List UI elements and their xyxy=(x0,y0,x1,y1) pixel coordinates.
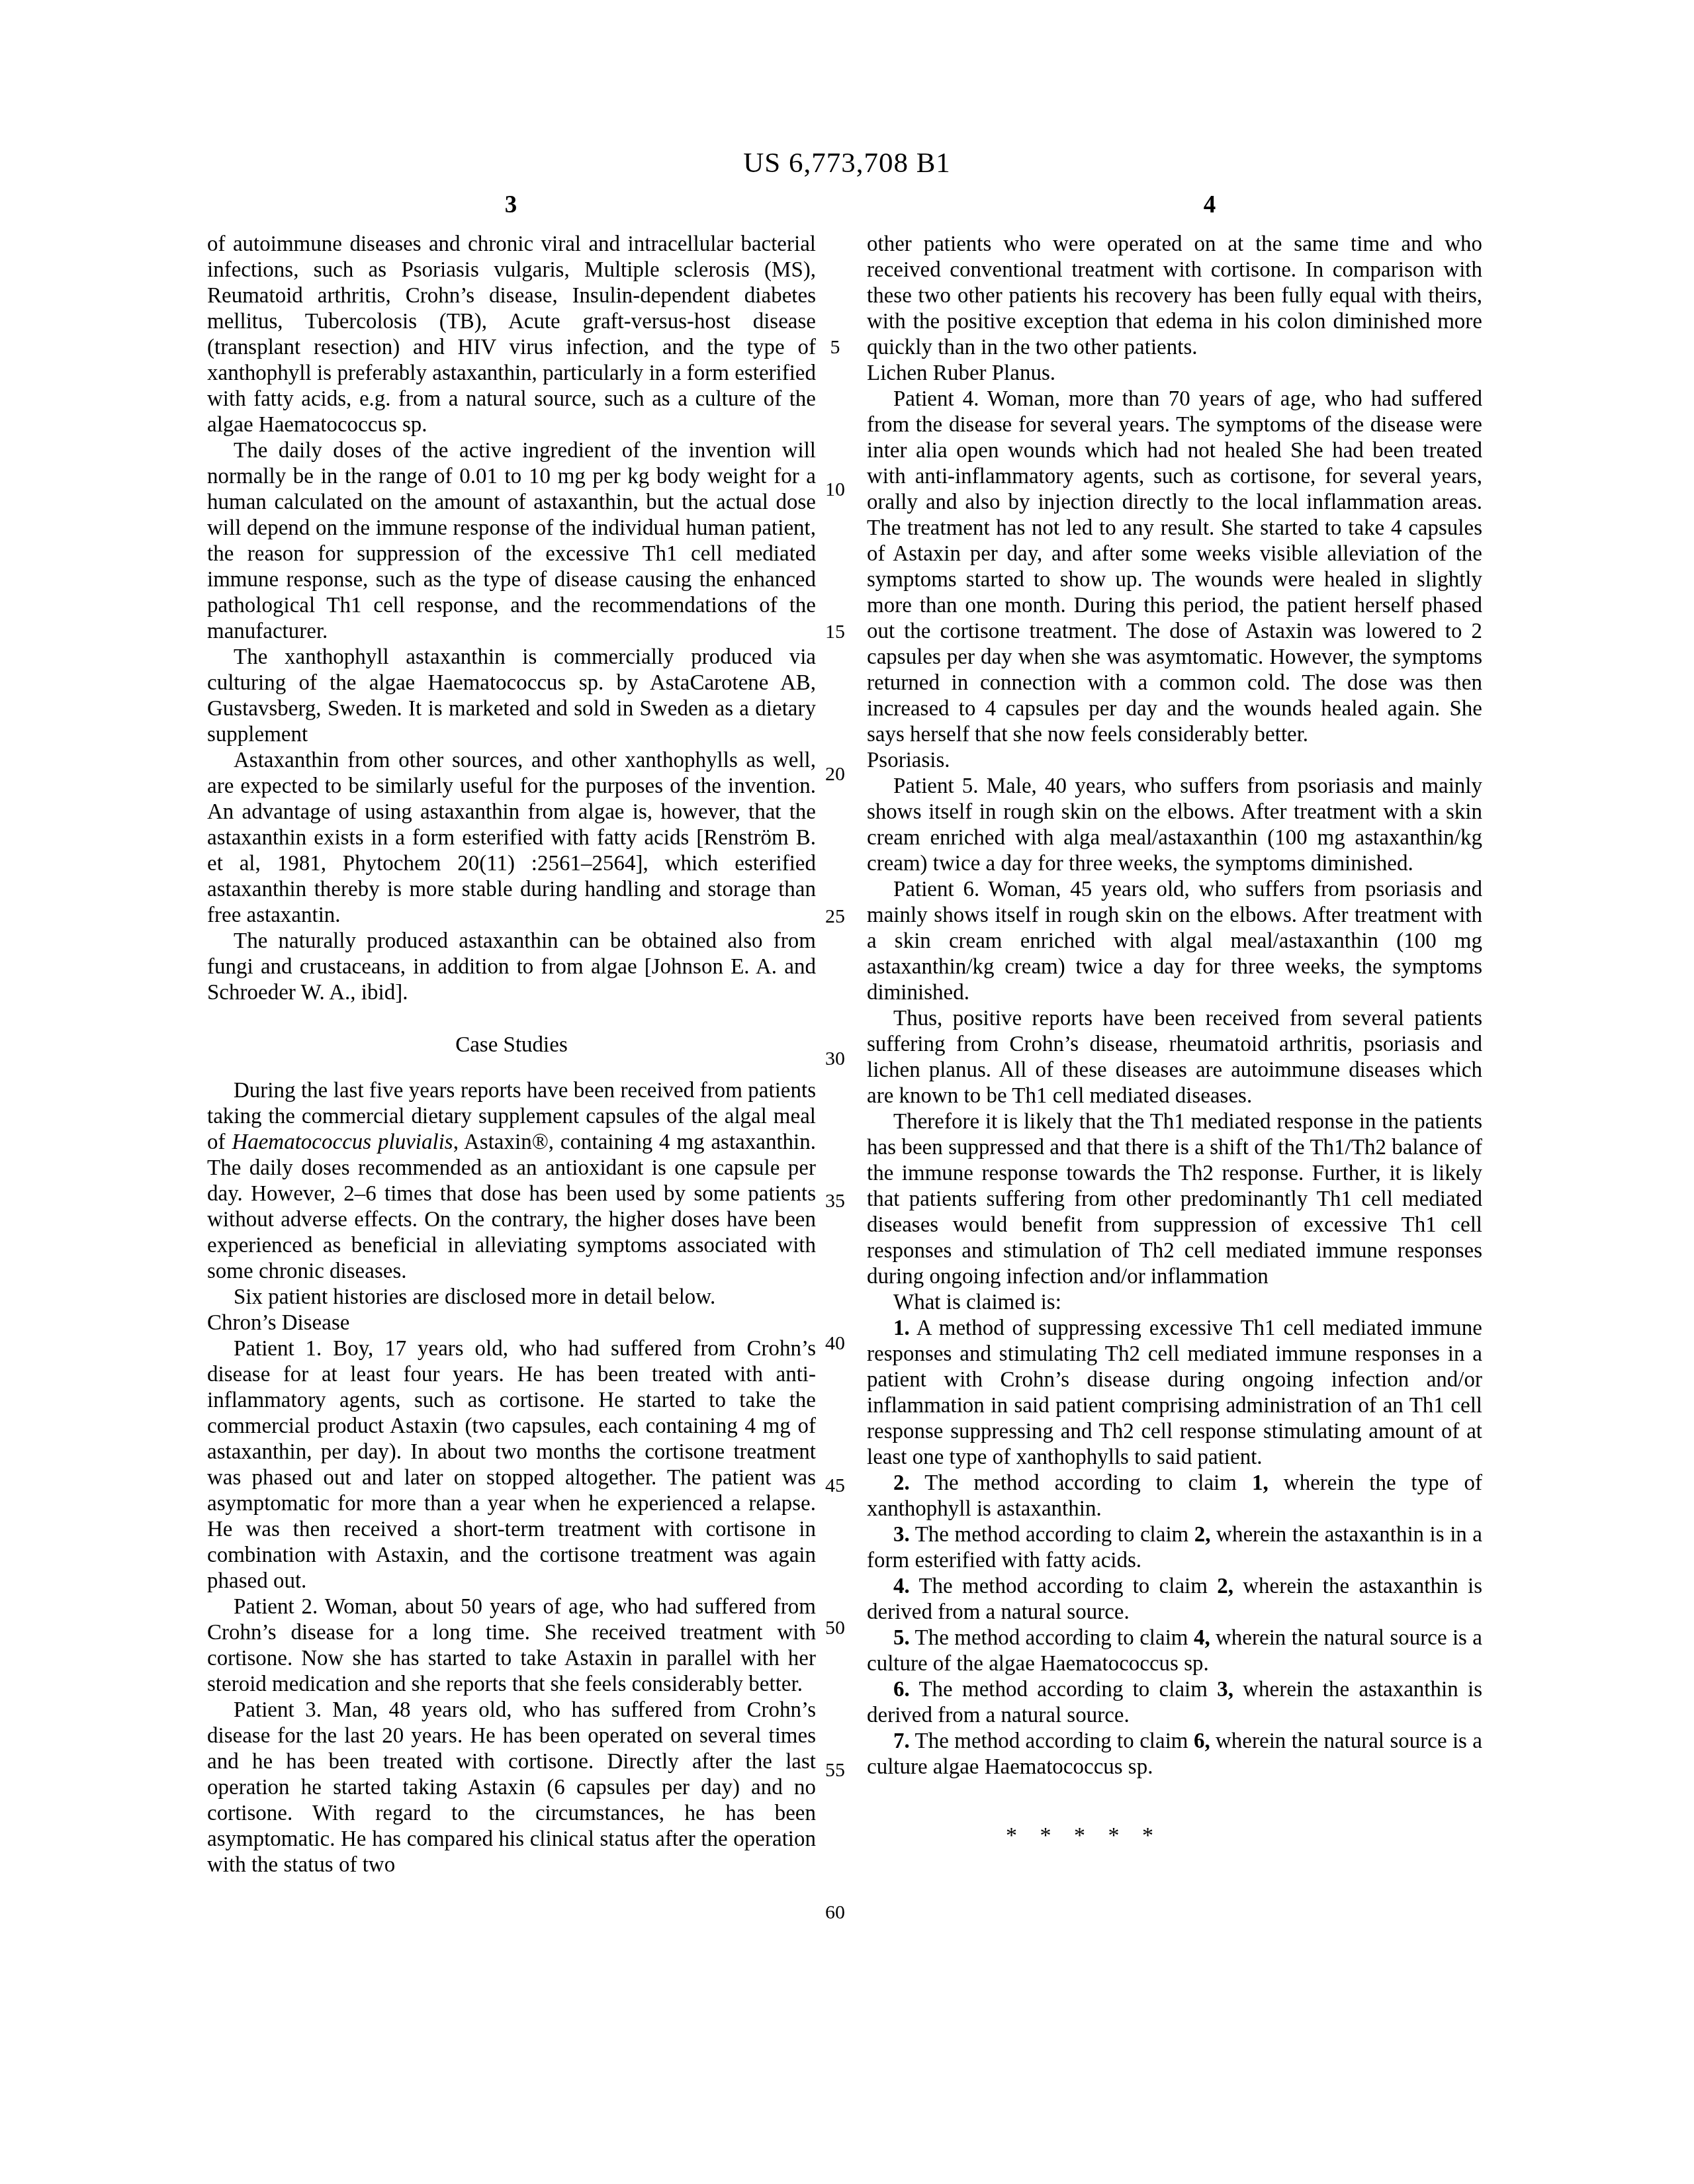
subsection-heading: Psoriasis. xyxy=(867,748,1482,774)
claim-paragraph: 5. The method according to claim 4, wher… xyxy=(867,1625,1482,1677)
text-segment: 2, xyxy=(1217,1574,1233,1598)
page-number-left: 3 xyxy=(505,191,517,219)
text-segment: 3, xyxy=(1217,1678,1233,1702)
text-segment: What is claimed is: xyxy=(893,1291,1061,1314)
text-segment: Patient 3. Man, 48 years old, who has su… xyxy=(207,1698,816,1877)
text-segment: Psoriasis. xyxy=(867,749,950,772)
text-segment: 3. xyxy=(893,1523,910,1547)
text-segment: 6. xyxy=(893,1678,910,1702)
claim-paragraph: 3. The method according to claim 2, wher… xyxy=(867,1522,1482,1574)
text-segment: Patient 4. Woman, more than 70 years of … xyxy=(867,387,1482,747)
text-segment: The xanthophyll astaxanthin is commercia… xyxy=(207,645,816,747)
text-segment: 2. xyxy=(893,1471,910,1495)
claim-paragraph: 6. The method according to claim 3, wher… xyxy=(867,1677,1482,1729)
paragraph: Patient 6. Woman, 45 years old, who suff… xyxy=(867,877,1482,1006)
paragraph: Patient 4. Woman, more than 70 years of … xyxy=(867,387,1482,748)
text-segment: 6, xyxy=(1194,1729,1210,1753)
text-segment: The method according to claim xyxy=(910,1678,1217,1702)
text-segment: of autoimmune diseases and chronic viral… xyxy=(207,232,816,437)
claim-paragraph: 4. The method according to claim 2, wher… xyxy=(867,1574,1482,1625)
text-segment: A method of suppressing excessive Th1 ce… xyxy=(867,1316,1482,1469)
text-segment: 2, xyxy=(1194,1523,1211,1547)
text-segment: The method according to claim xyxy=(910,1523,1194,1547)
gutter-line-number: 15 xyxy=(809,621,862,643)
text-segment: 1, xyxy=(1252,1471,1269,1495)
gutter-line-number: 50 xyxy=(809,1617,862,1639)
subsection-heading: Lichen Ruber Planus. xyxy=(867,361,1482,387)
text-segment: Patient 6. Woman, 45 years old, who suff… xyxy=(867,878,1482,1005)
text-segment: Patient 2. Woman, about 50 years of age,… xyxy=(207,1595,816,1696)
text-segment: 7. xyxy=(893,1729,910,1753)
paragraph: Patient 1. Boy, 17 years old, who had su… xyxy=(207,1336,816,1594)
column-right: other patients who were operated on at t… xyxy=(867,232,1482,1848)
paragraph: Patient 2. Woman, about 50 years of age,… xyxy=(207,1594,816,1698)
text-segment: Therefore it is likely that the Th1 medi… xyxy=(867,1110,1482,1289)
text-segment: 1. xyxy=(893,1316,910,1340)
gutter-line-number: 5 xyxy=(809,336,862,359)
gutter-line-number: 25 xyxy=(809,905,862,928)
subsection-heading: Chron’s Disease xyxy=(207,1310,816,1336)
text-segment: Haematococcus pluvialis xyxy=(232,1130,453,1154)
paragraph: The xanthophyll astaxanthin is commercia… xyxy=(207,645,816,748)
gutter-line-number: 10 xyxy=(809,478,862,501)
paragraph: The daily doses of the active ingredient… xyxy=(207,438,816,645)
text-segment: other patients who were operated on at t… xyxy=(867,232,1482,359)
gutter-line-number: 60 xyxy=(809,1901,862,1924)
paragraph: During the last five years reports have … xyxy=(207,1078,816,1285)
text-segment: The method according to claim xyxy=(910,1626,1194,1650)
paragraph: other patients who were operated on at t… xyxy=(867,232,1482,361)
column-left: of autoimmune diseases and chronic viral… xyxy=(207,232,816,1878)
gutter-line-number: 45 xyxy=(809,1475,862,1497)
end-of-claims-asterisks: * * * * * xyxy=(1006,1823,1482,1848)
claim-paragraph: 1. A method of suppressing excessive Th1… xyxy=(867,1316,1482,1471)
gutter-line-number: 55 xyxy=(809,1759,862,1782)
paragraph: of autoimmune diseases and chronic viral… xyxy=(207,232,816,438)
paragraph: Thus, positive reports have been receive… xyxy=(867,1006,1482,1109)
column-left-blocks: of autoimmune diseases and chronic viral… xyxy=(207,232,816,1878)
page-number-right: 4 xyxy=(1204,191,1216,219)
text-segment: Chron’s Disease xyxy=(207,1311,349,1335)
patent-number-header: US 6,773,708 B1 xyxy=(0,147,1694,179)
text-segment: 5. xyxy=(893,1626,910,1650)
text-segment: Astaxanthin from other sources, and othe… xyxy=(207,749,816,927)
paragraph: The naturally produced astaxanthin can b… xyxy=(207,929,816,1006)
paragraph: Patient 5. Male, 40 years, who suffers f… xyxy=(867,774,1482,877)
text-segment: 4, xyxy=(1194,1626,1210,1650)
paragraph: Therefore it is likely that the Th1 medi… xyxy=(867,1109,1482,1290)
gutter-line-number: 40 xyxy=(809,1332,862,1355)
text-segment: Lichen Ruber Planus. xyxy=(867,361,1055,385)
claim-paragraph: 7. The method according to claim 6, wher… xyxy=(867,1729,1482,1780)
paragraph: Patient 3. Man, 48 years old, who has su… xyxy=(207,1698,816,1878)
gutter-line-number: 30 xyxy=(809,1048,862,1070)
text-segment: The naturally produced astaxanthin can b… xyxy=(207,929,816,1005)
text-segment: The method according to claim xyxy=(910,1471,1252,1495)
text-segment: Thus, positive reports have been receive… xyxy=(867,1007,1482,1108)
paragraph: Six patient histories are disclosed more… xyxy=(207,1285,816,1310)
gutter-line-number: 20 xyxy=(809,763,862,786)
claim-paragraph: 2. The method according to claim 1, wher… xyxy=(867,1471,1482,1522)
text-segment: Patient 5. Male, 40 years, who suffers f… xyxy=(867,774,1482,876)
text-segment: The method according to claim xyxy=(910,1574,1217,1598)
text-segment: 4. xyxy=(893,1574,910,1598)
gutter-line-number: 35 xyxy=(809,1190,862,1212)
text-segment: The method according to claim xyxy=(910,1729,1194,1753)
paragraph: Astaxanthin from other sources, and othe… xyxy=(207,748,816,929)
patent-page: US 6,773,708 B1 3 4 51015202530354045505… xyxy=(0,0,1694,2184)
text-segment: The daily doses of the active ingredient… xyxy=(207,439,816,643)
paragraph: What is claimed is: xyxy=(867,1290,1482,1316)
section-heading: Case Studies xyxy=(207,1032,816,1058)
text-segment: Six patient histories are disclosed more… xyxy=(234,1285,715,1309)
text-segment: Patient 1. Boy, 17 years old, who had su… xyxy=(207,1337,816,1593)
column-right-blocks: other patients who were operated on at t… xyxy=(867,232,1482,1780)
text-segment: Case Studies xyxy=(455,1033,568,1057)
